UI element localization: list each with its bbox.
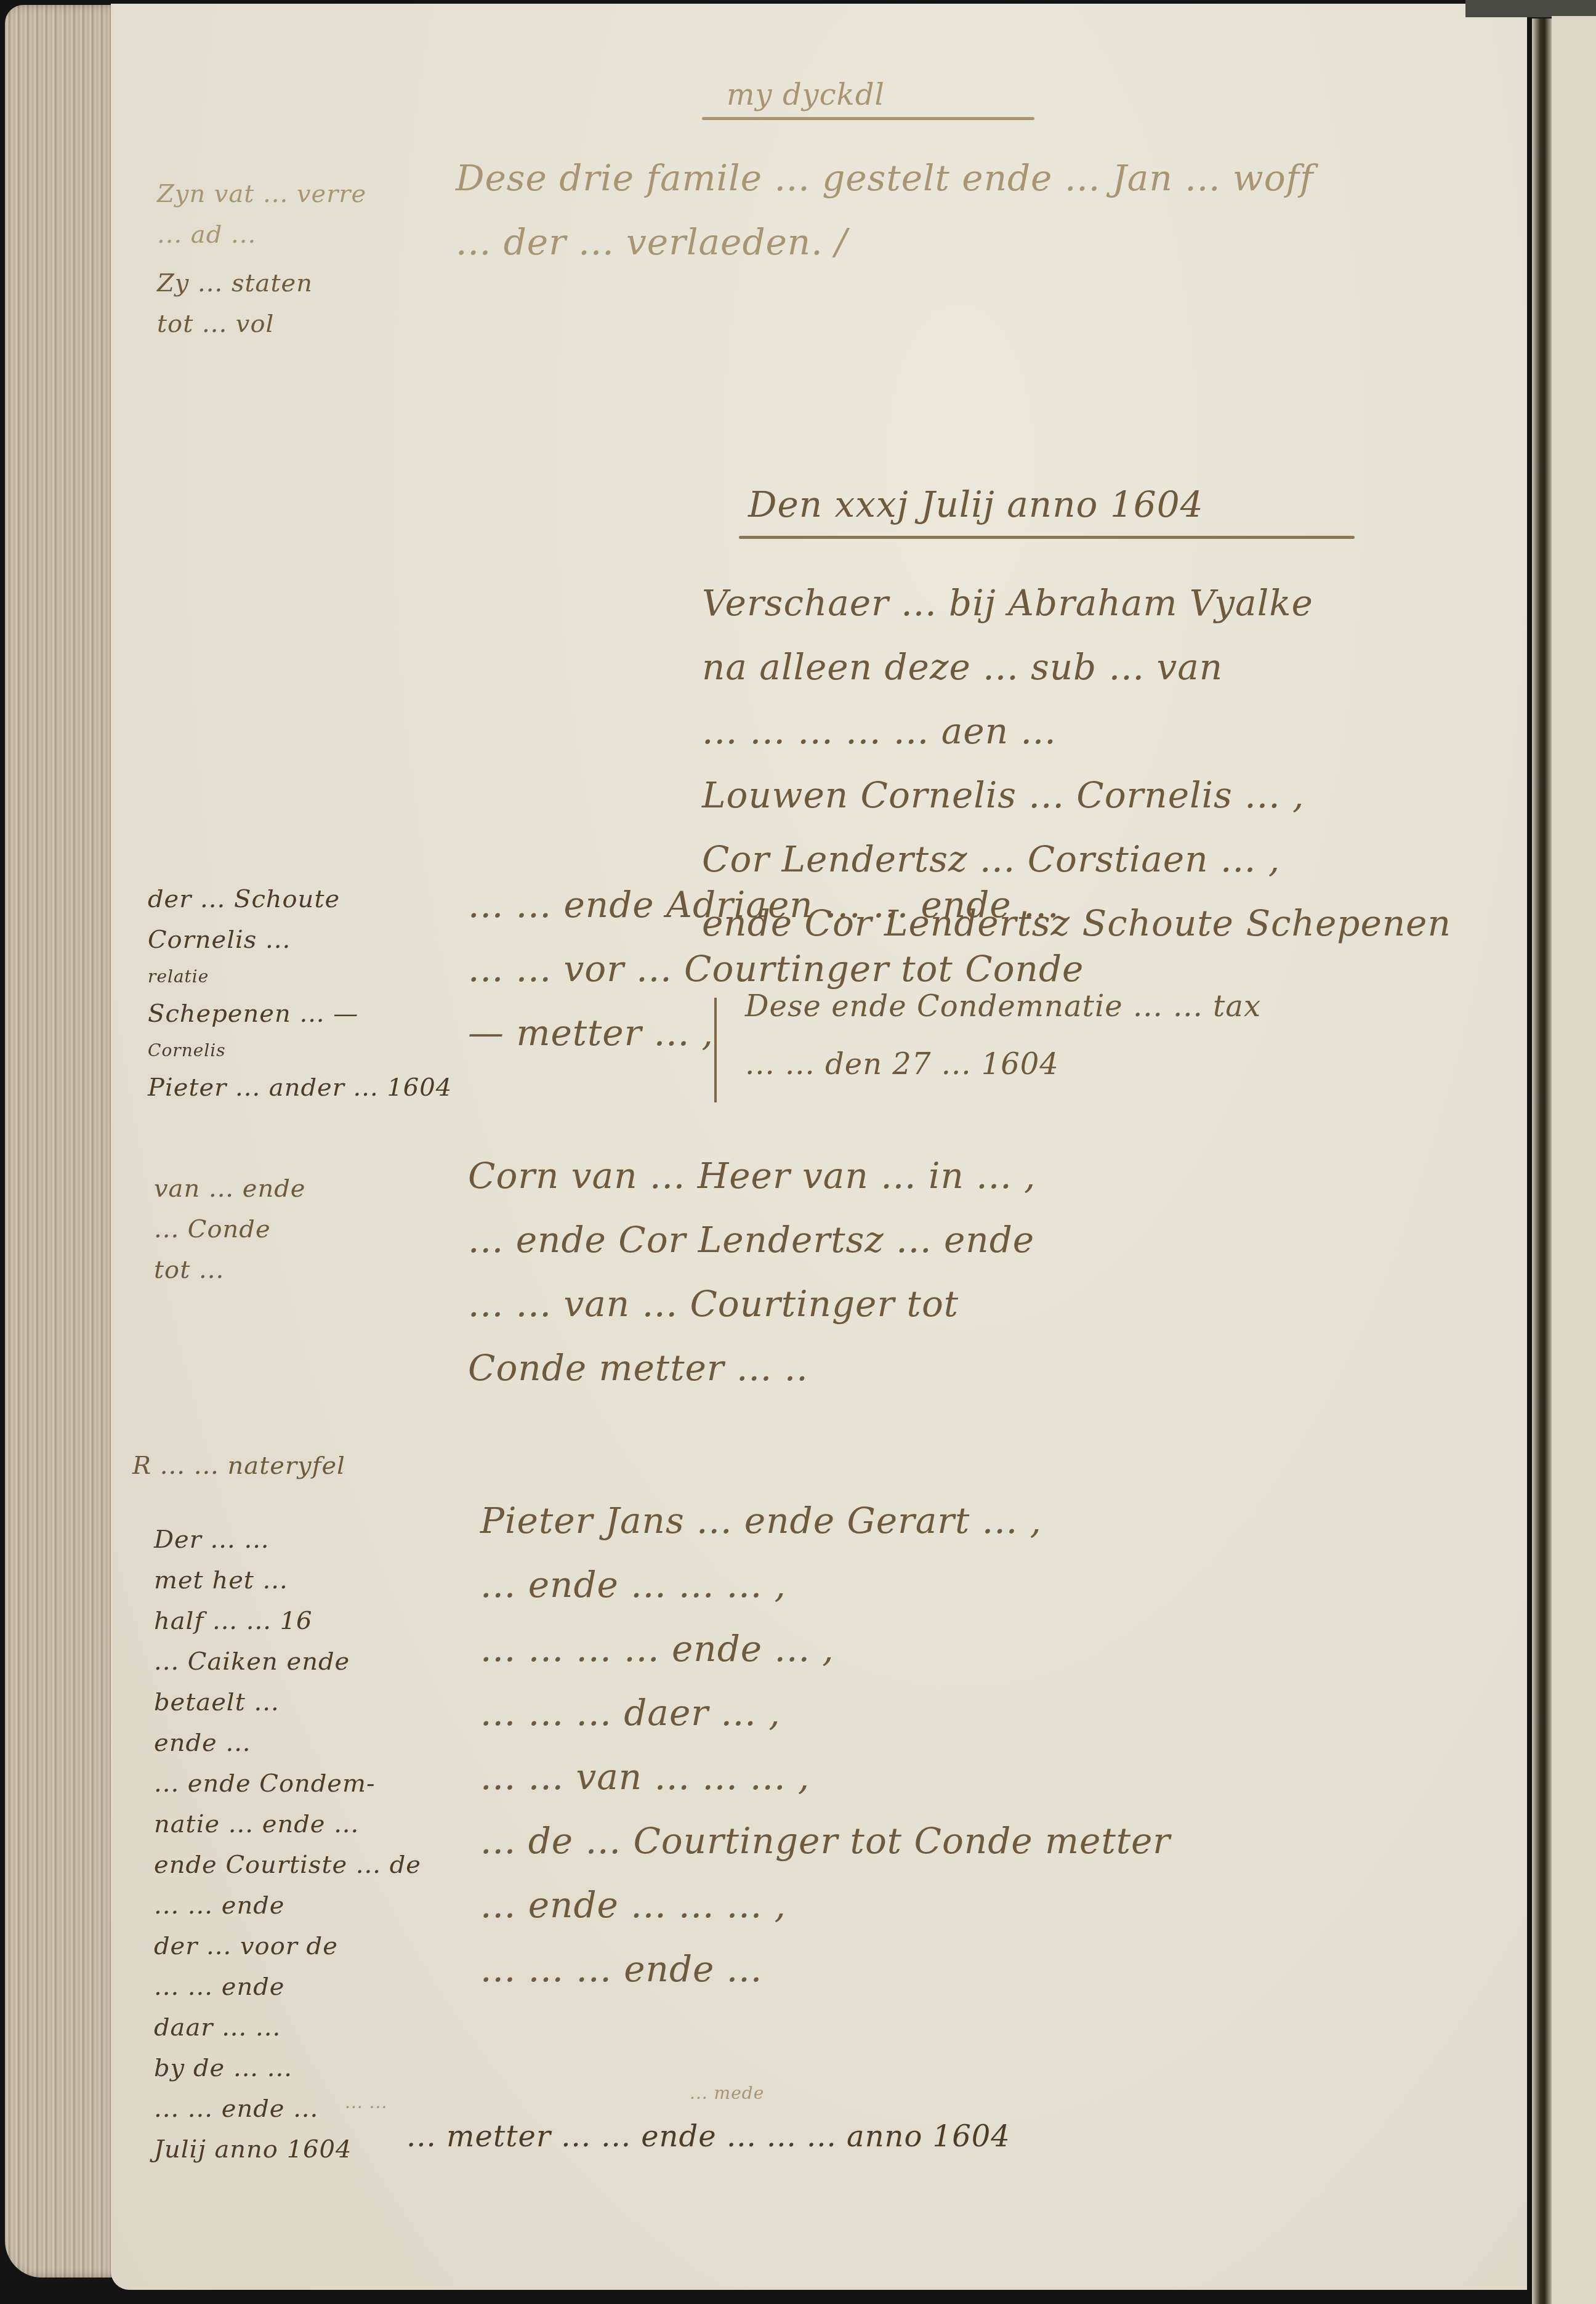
date-heading-underline (739, 536, 1355, 539)
binding-strip (1465, 0, 1596, 17)
entry3-divider (714, 998, 717, 1102)
entry1-margin-note-2: Zy ... staten tot ... vol (157, 271, 313, 352)
entry3-margin-note: der ... Schoute Cornelis ... relatie Sch… (148, 887, 452, 1116)
closing-line: ... metter ... ... ende ... ... ... anno… (406, 2122, 1010, 2151)
entry3-sub-note: Dese ende Condemnatie ... ... tax ... ..… (745, 992, 1261, 1107)
interlinear-note: ... mede (690, 2085, 764, 2102)
book-gutter (1532, 18, 1553, 2304)
entry4-text: Corn van ... Heer van ... in ... , ... e… (468, 1158, 1036, 1414)
entry5-text: Pieter Jans ... ende Gerart ... , ... en… (480, 1503, 1171, 2015)
entry5-heading: R ... ... nateryfel (132, 1453, 345, 1478)
running-title: my dyckdl (727, 80, 885, 110)
entry5-margin-note: Der ... ... met het ... half ... ... 16 … (154, 1527, 421, 2178)
entry1-text: Dese drie famile ... gestelt ende ... Ja… (456, 160, 1314, 288)
running-title-underline (702, 117, 1034, 120)
date-heading: Den xxxj Julij anno 1604 (748, 487, 1204, 522)
entry1-margin-note: Zyn vat ... verre ... ad ... (157, 182, 366, 263)
interlinear-note-2: ... ... (345, 2094, 387, 2111)
facing-page-edge (1552, 16, 1596, 2304)
entry4-margin-note: van ... ende ... Conde tot ... (154, 1176, 306, 1298)
page-fore-edge (5, 5, 119, 2278)
